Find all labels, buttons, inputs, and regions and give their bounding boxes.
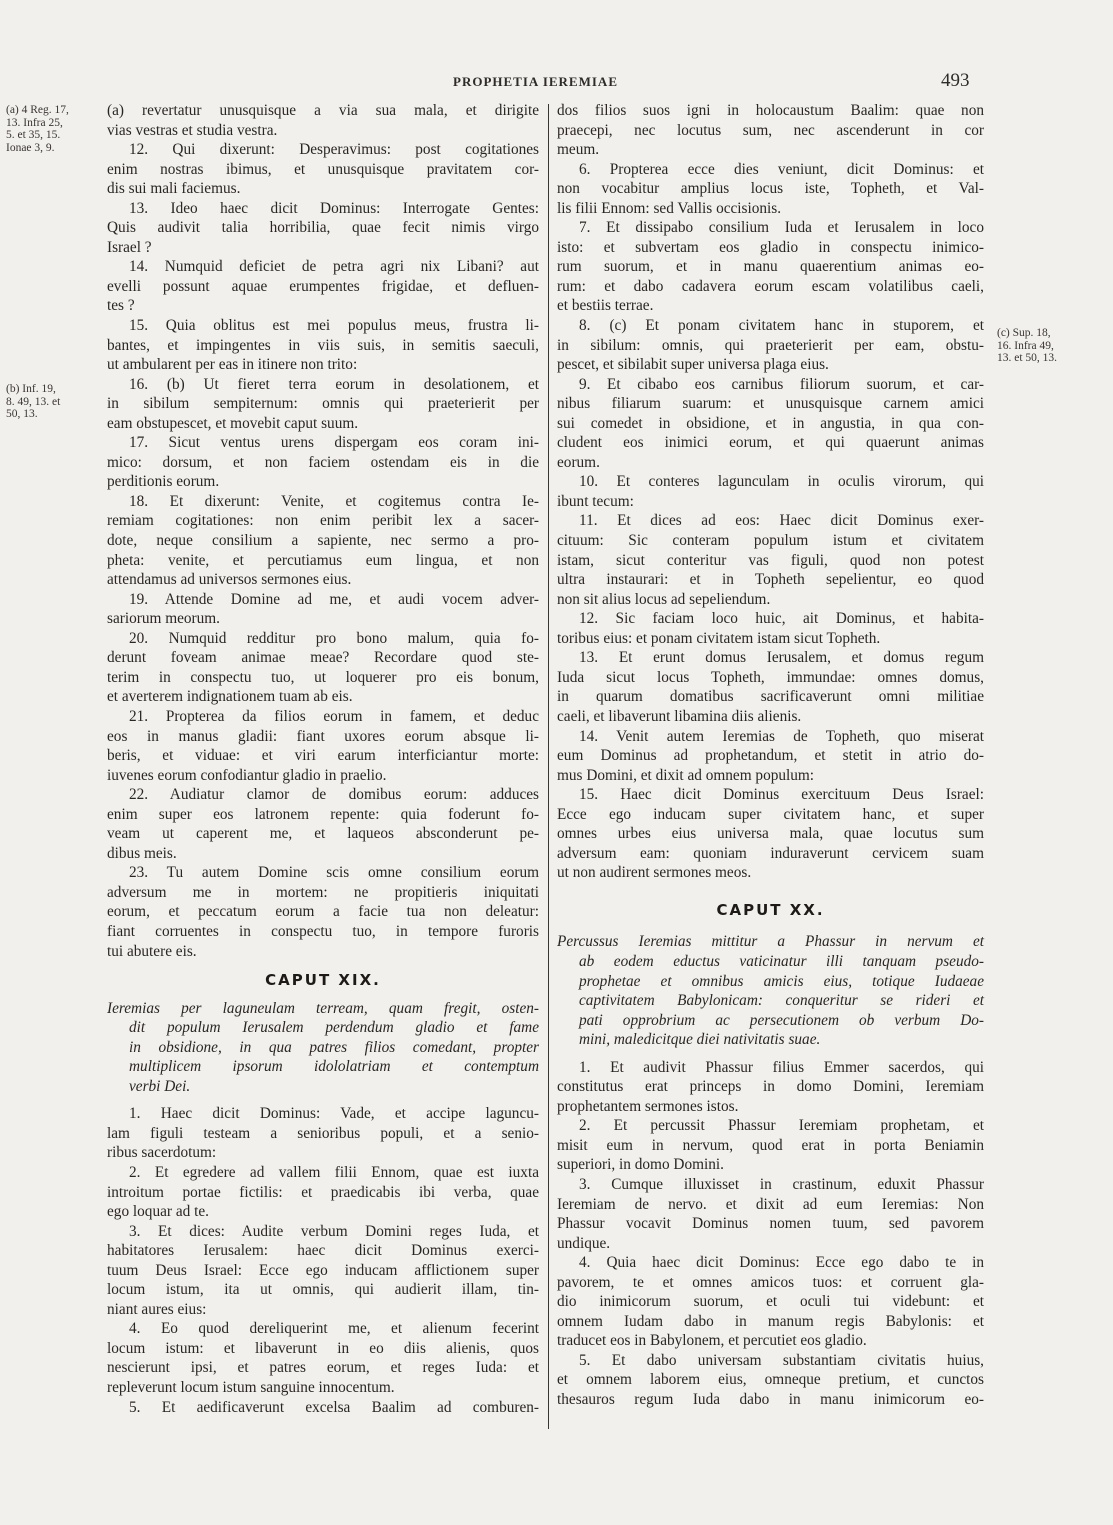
text-line: pavorem, te et omnes amicos tuos: et cor… — [557, 1273, 984, 1293]
text-line: perditionis eorum. — [107, 472, 539, 492]
text-line: 5. Et aedificaverunt excelsa Baalim ad c… — [107, 1398, 539, 1418]
page-header: PROPHETIA IEREMIAE 493 — [0, 74, 1113, 94]
summary-line: multiplicem ipsorum idololatriam et cont… — [107, 1057, 539, 1077]
text-line: 1. Haec dicit Dominus: Vade, et accipe l… — [107, 1104, 539, 1124]
text-line: superiori, in domo Domini. — [557, 1155, 984, 1175]
text-line: cituum: Sic conteram populum istum et ci… — [557, 531, 984, 551]
text-line: ribus sacerdotum: — [107, 1143, 539, 1163]
text-line: 12. Sic faciam loco huic, ait Dominus, e… — [557, 609, 984, 629]
text-line: praecepi, nec locutus sum, nec ascenderu… — [557, 121, 984, 141]
left-column: (a) revertatur unusquisque a via sua mal… — [107, 101, 539, 1417]
text-line: 1. Et audivit Phassur filius Emmer sacer… — [557, 1058, 984, 1078]
text-line: et bestiis terrae. — [557, 296, 984, 316]
text-line: locum istum, ita ut omnis, qui audierit … — [107, 1280, 539, 1300]
text-line: enim nostras ibimus, et unusquisque prav… — [107, 160, 539, 180]
text-line: eos in manus gladii: fiant uxores eorum … — [107, 727, 539, 747]
text-line: adversum me in mortem: ne propitieris in… — [107, 883, 539, 903]
text-line: non vocabitur amplius locus iste, Tophet… — [557, 179, 984, 199]
text-line: Quis audivit talia horribilia, quae feci… — [107, 218, 539, 238]
text-line: derunt foveam animae meae? Recordare quo… — [107, 648, 539, 668]
text-line: 19. Attende Domine ad me, et audi vocem … — [107, 590, 539, 610]
text-line: rum suorum, et in manu quaerentium anima… — [557, 257, 984, 277]
text-line: et omnem laborem eius, omneque pretium, … — [557, 1370, 984, 1390]
text-line: prophetantem sermones istos. — [557, 1097, 984, 1117]
text-line: caeli, et libaverunt libamina diis alien… — [557, 707, 984, 727]
text-line: evelli possunt aquae erumpentes frigidae… — [107, 277, 539, 297]
text-line: lis filii Ennom: sed Vallis occisionis. — [557, 199, 984, 219]
text-line: 18. Et dixerunt: Venite, et cogitemus co… — [107, 492, 539, 512]
text-line: repleverunt locum istum sanguine innocen… — [107, 1378, 539, 1398]
text-line: locum istum: et libaverunt in eo diis al… — [107, 1339, 539, 1359]
summary-line: verbi Dei. — [107, 1077, 539, 1097]
margin-note-c: (c) Sup. 18,16. Infra 49,13. et 50, 13. — [997, 327, 1057, 365]
chapter-heading-xix: CAPUT XIX. — [107, 971, 539, 991]
text-line: attendamus ad universos sermones eius. — [107, 570, 539, 590]
text-line: omnes urbes eius universa mala, quae loc… — [557, 824, 984, 844]
text-line: dio inimicorum suorum, et oculi tui vide… — [557, 1292, 984, 1312]
text-line: 4. Eo quod dereliquerint me, et alienum … — [107, 1319, 539, 1339]
summary-line: pati opprobrium ac persecutionem ob verb… — [557, 1011, 984, 1031]
text-line: 7. Et dissipabo consilium Iuda et Ierusa… — [557, 218, 984, 238]
right-column: dos filios suos igni in holocaustum Baal… — [557, 101, 984, 1410]
text-line: Ieremiam de nervo. et dixit ad eum Ierem… — [557, 1195, 984, 1215]
text-line: 4. Quia haec dicit Dominus: Ecce ego dab… — [557, 1253, 984, 1273]
text-line: 6. Propterea ecce dies veniunt, dicit Do… — [557, 160, 984, 180]
text-line: sui comedet in obsidione, et in angustia… — [557, 414, 984, 434]
right-verses-top: dos filios suos igni in holocaustum Baal… — [557, 101, 984, 883]
text-line: bantes, et impingentes in viis suis, in … — [107, 336, 539, 356]
chapter-summary-xx: Percussus Ieremias mittitur a Phassur in… — [557, 932, 984, 1049]
text-line: 23. Tu autem Domine scis omne consilium … — [107, 863, 539, 883]
summary-line: ab eodem eductus vaticinatur illi tanqua… — [557, 952, 984, 972]
text-line: mus Domini, et dixit ad omnem populum: — [557, 766, 984, 786]
column-divider — [548, 104, 549, 1429]
summary-line: dit populum Ierusalem perdendum gladio e… — [107, 1018, 539, 1038]
margin-note-line: 13. Infra 25, — [6, 117, 69, 130]
text-line: lam figuli testeam a senioribus populi, … — [107, 1124, 539, 1144]
text-line: 3. Cumque illuxisset in crastinum, eduxi… — [557, 1175, 984, 1195]
text-line: in quarum domatibus sacrificaverunt omni… — [557, 687, 984, 707]
text-line: dis sui mali faciemus. — [107, 179, 539, 199]
text-line: niant aures eius: — [107, 1300, 539, 1320]
text-line: cludent eos inimici eorum, et qui quaeru… — [557, 433, 984, 453]
text-line: 11. Et dices ad eos: Haec dicit Dominus … — [557, 511, 984, 531]
text-line: thesauros regum Iuda dabo in manu inimic… — [557, 1390, 984, 1410]
text-line: mico: dorsum, et non faciem ostendam eis… — [107, 453, 539, 473]
text-line: tes ? — [107, 296, 539, 316]
summary-line: captivitatem Babylonicam: conqueritur se… — [557, 991, 984, 1011]
text-line: ibunt tecum: — [557, 492, 984, 512]
summary-line: Ieremias per laguneulam terream, quam fr… — [107, 999, 539, 1019]
page-number: 493 — [941, 70, 970, 92]
text-line: 2. Et egredere ad vallem filii Ennom, qu… — [107, 1163, 539, 1183]
summary-line: Percussus Ieremias mittitur a Phassur in… — [557, 932, 984, 952]
margin-note-line: 50, 13. — [6, 408, 60, 421]
text-line: misit eum in nervum, quod erat in porta … — [557, 1136, 984, 1156]
running-title: PROPHETIA IEREMIAE — [453, 74, 618, 90]
text-line: 3. Et dices: Audite verbum Domini reges … — [107, 1222, 539, 1242]
summary-line: prophetae et omnibus amicis eius, totiqu… — [557, 972, 984, 992]
text-line: dote, neque consilium a sapiente, nec se… — [107, 531, 539, 551]
text-line: pescet, et sibilabit super universa plag… — [557, 355, 984, 375]
text-line: 2. Et percussit Phassur Ieremiam prophet… — [557, 1116, 984, 1136]
text-line: terim in conspectu tuo, ut loquerer pro … — [107, 668, 539, 688]
summary-line: mini, maledicitque diei nativitatis suae… — [557, 1030, 984, 1050]
text-line: Israel ? — [107, 238, 539, 258]
chapter-heading-xx: CAPUT XX. — [557, 901, 984, 921]
text-line: 15. Haec dicit Dominus exercituum Deus I… — [557, 785, 984, 805]
margin-note-line: (c) Sup. 18, — [997, 327, 1057, 340]
summary-line: in obsidione, in qua patres filios comed… — [107, 1038, 539, 1058]
left-verses-bottom: 1. Haec dicit Dominus: Vade, et accipe l… — [107, 1104, 539, 1417]
text-line: 22. Audiatur clamor de domibus eorum: ad… — [107, 785, 539, 805]
text-line: 9. Et cibabo eos carnibus filiorum suoru… — [557, 375, 984, 395]
text-line: 13. Et erunt domus Ierusalem, et domus r… — [557, 648, 984, 668]
margin-note-line: 5. et 35, 15. — [6, 129, 69, 142]
text-line: 16. (b) Ut fieret terra eorum in desolat… — [107, 375, 539, 395]
text-line: constitutus erat princeps in domo Domini… — [557, 1077, 984, 1097]
margin-note-a: (a) 4 Reg. 17,13. Infra 25,5. et 35, 15.… — [6, 104, 69, 154]
text-line: 12. Qui dixerunt: Desperavimus: post cog… — [107, 140, 539, 160]
text-line: nibus filiarum suarum: et unusquisque ca… — [557, 394, 984, 414]
text-line: rum: et dabo cadavera eorum escam volati… — [557, 277, 984, 297]
text-line: toribus eius: et ponam civitatem istam s… — [557, 629, 984, 649]
text-line: in sibilum: omnis, qui praeterierit per … — [557, 336, 984, 356]
text-line: Iuda sicut locus Topheth, immundae: omne… — [557, 668, 984, 688]
text-line: dos filios suos igni in holocaustum Baal… — [557, 101, 984, 121]
text-line: 14. Numquid deficiet de petra agri nix L… — [107, 257, 539, 277]
text-line: tuum Deus Israel: Ecce ego inducam affli… — [107, 1261, 539, 1281]
text-line: 17. Sicut ventus urens dispergam eos cor… — [107, 433, 539, 453]
text-line: dibus meis. — [107, 844, 539, 864]
margin-note-b: (b) Inf. 19,8. 49, 13. et50, 13. — [6, 383, 60, 421]
text-line: ut ambularent per eas in itinere non tri… — [107, 355, 539, 375]
text-line: 14. Venit autem Ieremias de Topheth, quo… — [557, 727, 984, 747]
text-line: sariorum meorum. — [107, 609, 539, 629]
text-line: habitatores Ierusalem: haec dicit Dominu… — [107, 1241, 539, 1261]
text-line: non sit alius locus ad sepeliendum. — [557, 590, 984, 610]
text-line: omnem Iudam dabo in manum regis Babyloni… — [557, 1312, 984, 1332]
margin-note-line: (b) Inf. 19, — [6, 383, 60, 396]
text-line: 20. Numquid redditur pro bono malum, qui… — [107, 629, 539, 649]
text-line: 5. Et dabo universam substantiam civitat… — [557, 1351, 984, 1371]
text-line: 21. Propterea da filios eorum in famem, … — [107, 707, 539, 727]
text-line: istam, sicut conteritur vas figuli, quod… — [557, 551, 984, 571]
text-line: eorum, et peccatum eorum a facie tua non… — [107, 902, 539, 922]
margin-note-line: 13. et 50, 13. — [997, 352, 1057, 365]
text-line: enim super eos latronem repente: quia fo… — [107, 805, 539, 825]
text-line: nescierunt ipsi, et patres eorum, et reg… — [107, 1358, 539, 1378]
text-line: isto: et subvertam eos gladio in conspec… — [557, 238, 984, 258]
text-line: Ecce ego inducam super civitatem hanc, e… — [557, 805, 984, 825]
text-line: ultra instaurari: et in Topheth sepelien… — [557, 570, 984, 590]
text-line: Phassur vocavit Dominus nomen tuum, sed … — [557, 1214, 984, 1234]
margin-note-line: 16. Infra 49, — [997, 340, 1057, 353]
text-line: introitum portae fictilis: et praedicabi… — [107, 1183, 539, 1203]
text-line: 10. Et conteres lagunculam in oculis vir… — [557, 472, 984, 492]
text-line: 8. (c) Et ponam civitatem hanc in stupor… — [557, 316, 984, 336]
text-line: eum Dominus ad prophetandum, et stetit i… — [557, 746, 984, 766]
text-line: (a) revertatur unusquisque a via sua mal… — [107, 101, 539, 121]
text-line: et averterem indignationem tuam ab eis. — [107, 687, 539, 707]
text-line: in sibilum sempiternum: omnis qui praete… — [107, 394, 539, 414]
left-verses-top: (a) revertatur unusquisque a via sua mal… — [107, 101, 539, 961]
text-line: eam obstupescet, et movebit caput suum. — [107, 414, 539, 434]
text-line: adversum eam: quoniam induraverunt cervi… — [557, 844, 984, 864]
right-verses-bottom: 1. Et audivit Phassur filius Emmer sacer… — [557, 1058, 984, 1410]
text-line: fiant corruentes in conspectu tuo, in te… — [107, 922, 539, 942]
margin-note-line: 8. 49, 13. et — [6, 396, 60, 409]
text-line: ego loquar ad te. — [107, 1202, 539, 1222]
text-line: beris, et viduae: et viri earum interfic… — [107, 746, 539, 766]
text-line: vias vestras et studia vestra. — [107, 121, 539, 141]
text-line: veam ut caperent me, et laqueos absconde… — [107, 824, 539, 844]
text-line: 13. Ideo haec dicit Dominus: Interrogate… — [107, 199, 539, 219]
text-line: remiam cogitationes: non enim peribit le… — [107, 511, 539, 531]
text-line: tui abutere eis. — [107, 942, 539, 962]
text-line: pheta: venite, et percutiamus eum lingua… — [107, 551, 539, 571]
margin-note-line: Ionae 3, 9. — [6, 142, 69, 155]
margin-note-line: (a) 4 Reg. 17, — [6, 104, 69, 117]
text-line: eorum. — [557, 453, 984, 473]
chapter-summary-xix: Ieremias per laguneulam terream, quam fr… — [107, 999, 539, 1097]
text-line: 15. Quia oblitus est mei populus meus, f… — [107, 316, 539, 336]
text-line: traducet eos in Babylonem, et percutiet … — [557, 1331, 984, 1351]
text-line: undique. — [557, 1234, 984, 1254]
text-line: meum. — [557, 140, 984, 160]
text-line: ut non audirent sermones meos. — [557, 863, 984, 883]
text-line: iuvenes eorum confodiantur gladio in pra… — [107, 766, 539, 786]
